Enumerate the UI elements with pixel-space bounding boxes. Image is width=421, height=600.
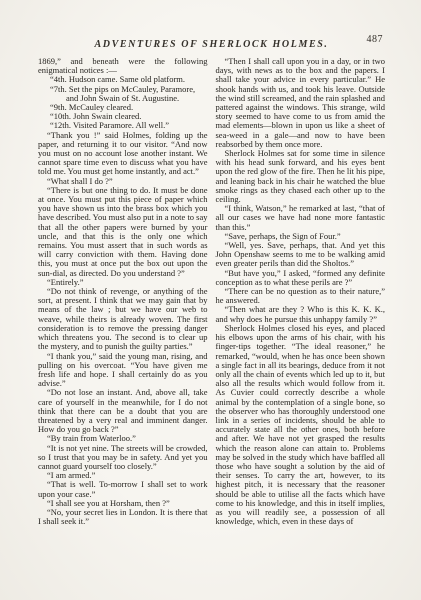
left-column: 1869,” and beneath were the following en… [38, 57, 208, 526]
paragraph: “No, your secret lies in London. It is t… [38, 508, 208, 526]
paragraph: “I think, Watson,” he remarked at last, … [216, 204, 386, 232]
paragraph: 1869,” and beneath were the following en… [38, 57, 208, 75]
paragraph: “There is but one thing to do. It must b… [38, 186, 208, 278]
paragraph: “Then I shall call upon you in a day, or… [216, 57, 386, 149]
paragraph: “I thank you,” said the young man, risin… [38, 352, 208, 389]
right-column: “Then I shall call upon you in a day, or… [216, 57, 386, 526]
notice-line: “7th. Set the pips on McCauley, Paramore… [38, 85, 208, 103]
paragraph: “Thank you !” said Holmes, folding up th… [38, 131, 208, 177]
paragraph: “Then what are they ? Who is this K. K. … [216, 305, 386, 323]
running-title: ADVENTURES OF SHERLOCK HOLMES. [95, 39, 329, 50]
paragraph: Sherlock Holmes sat for some time in sil… [216, 149, 386, 204]
paragraph: “There can be no question as to their na… [216, 287, 386, 305]
text-columns: 1869,” and beneath were the following en… [38, 57, 385, 526]
paragraph: “But have you,” I asked, “formed any def… [216, 269, 386, 287]
page-number: 487 [367, 34, 384, 45]
paragraph: “Do not lose an instant. And, above all,… [38, 388, 208, 434]
paragraph: “Do not think of revenge, or anything of… [38, 287, 208, 351]
paragraph: Sherlock Holmes closed his eyes, and pla… [216, 324, 386, 526]
page-header: ADVENTURES OF SHERLOCK HOLMES. 487 [38, 34, 385, 48]
paragraph: “Well, yes. Save, perhaps, that. And yet… [216, 241, 386, 269]
book-page: ADVENTURES OF SHERLOCK HOLMES. 487 1869,… [0, 0, 421, 600]
paragraph: “That is well. To-morrow I shall set to … [38, 480, 208, 498]
paragraph: “It is not yet nine. The streets will be… [38, 444, 208, 472]
